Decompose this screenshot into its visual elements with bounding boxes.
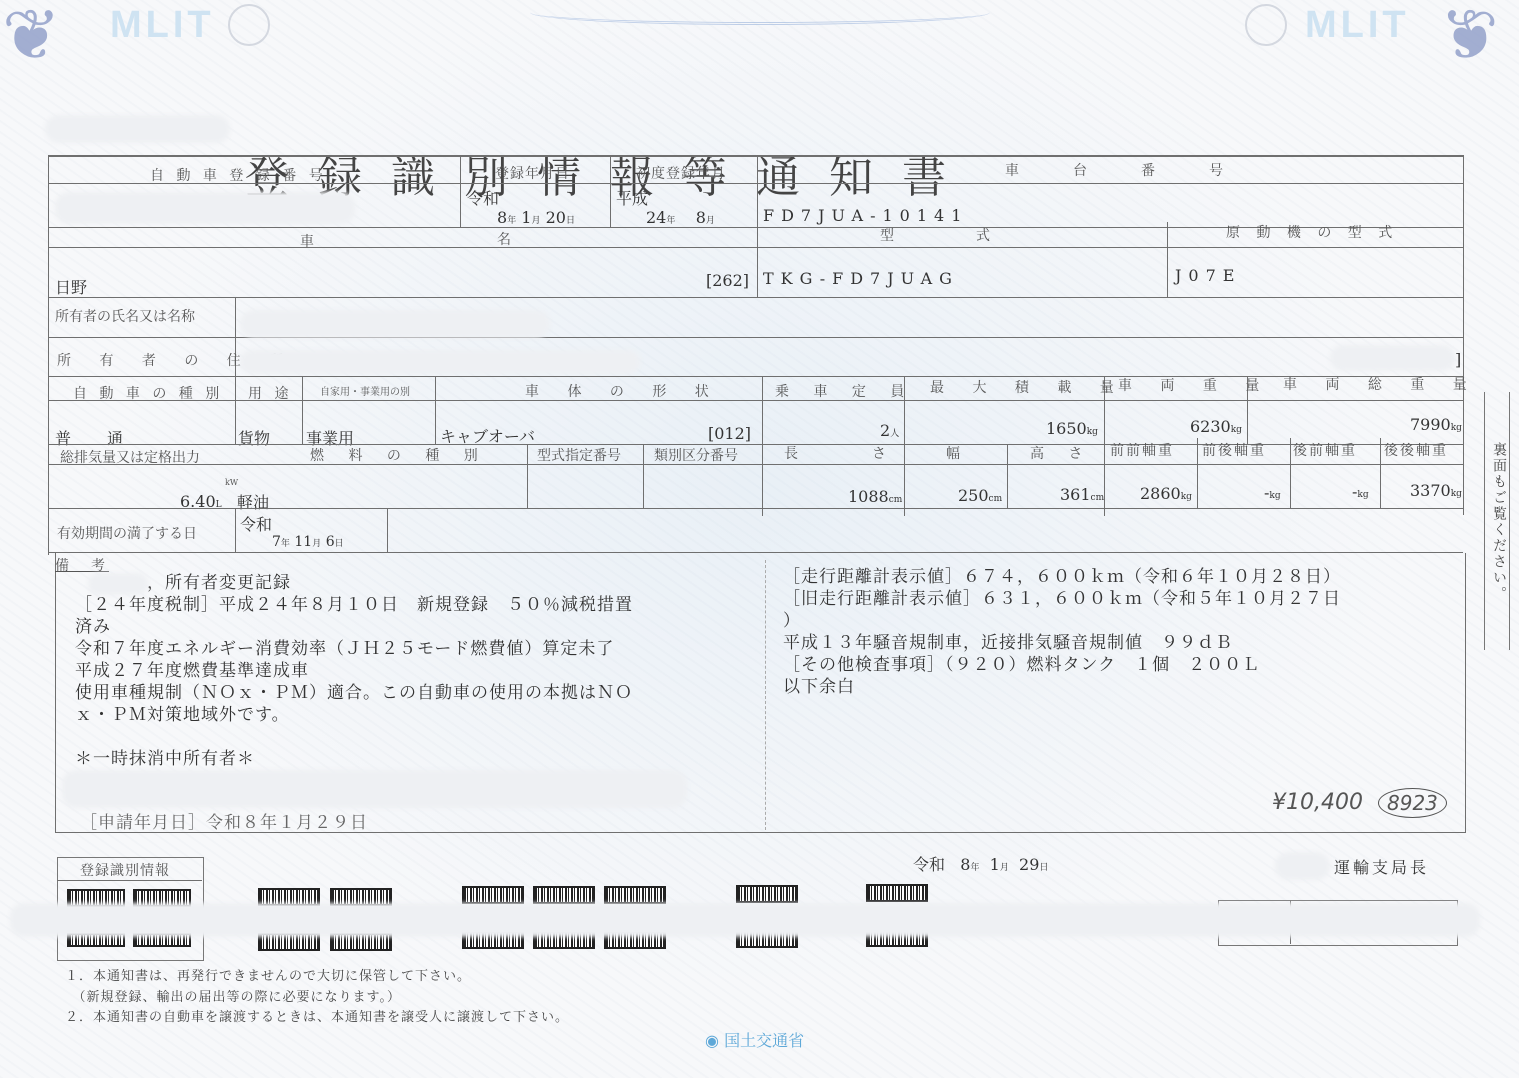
code-block [736, 885, 798, 903]
month: 8 [696, 208, 706, 227]
divider [1007, 444, 1008, 508]
code-block [462, 886, 524, 904]
day: 20 [546, 208, 566, 227]
engine-model-label: 原 動 機 の 型 式 [1226, 222, 1398, 242]
address-bracket: ] [1455, 350, 1461, 369]
redacted-owner-address [240, 350, 640, 374]
divider [1104, 376, 1105, 516]
divider [48, 552, 1463, 553]
redacted-remark-date [88, 573, 148, 595]
day: 29 [1019, 855, 1039, 874]
kg-unit: kg [1087, 427, 1098, 437]
divider [48, 247, 1463, 248]
divider [527, 444, 528, 508]
year: 8 [497, 208, 507, 227]
divider [762, 376, 763, 516]
vehicle-model: TKG-FD7JUAG [763, 269, 959, 288]
divider [1197, 438, 1198, 508]
day-unit: 日 [566, 216, 575, 226]
remarks-left-text: ，所有者変更記録 ［２４年度税制］平成２４年８月１０日 新規登録 ５０％減税措置… [75, 572, 633, 770]
height-label: 高 さ [1030, 443, 1092, 463]
divider [48, 297, 1463, 298]
month: 1 [990, 855, 1000, 874]
day-unit: 日 [1039, 863, 1048, 873]
year-unit: 年 [281, 539, 290, 549]
fuel-label: 燃 料 の 種 別 [310, 445, 488, 465]
ministry-logo: ◉ 国土交通省 [705, 1028, 804, 1051]
emblem-right-icon [1245, 4, 1287, 46]
month-unit: 月 [312, 539, 321, 549]
rr-axle-label: 後後軸重 [1384, 440, 1448, 460]
expiry-date: 7年 11月 6日 [272, 534, 344, 550]
cm-unit: cm [989, 494, 1003, 504]
month: 1 [521, 208, 531, 227]
fr-axle: -kg [1264, 483, 1281, 502]
month-unit: 月 [706, 216, 715, 226]
ff-axle-label: 前前軸重 [1110, 440, 1174, 460]
fr-axle-label: 前後軸重 [1202, 440, 1266, 460]
vehicle-name-label-left: 車 [300, 231, 318, 251]
corner-ornament-left-icon: ❦ [2, 0, 61, 70]
registration-number-label: 自 動 車 登 録 番 号 [150, 165, 327, 185]
rf-axle: -kg [1352, 482, 1369, 501]
divider [235, 376, 236, 444]
divider [435, 376, 436, 444]
registration-date-label: 登録年月日 [495, 163, 570, 183]
divider [235, 508, 236, 552]
engine-model: J07E [1175, 266, 1241, 285]
max-load-value: 1650 [1046, 419, 1087, 438]
divider [643, 444, 644, 508]
body-shape-label: 車 体 の 形 状 [525, 381, 721, 401]
body-code: [012] [708, 424, 751, 443]
cm-unit: cm [889, 495, 903, 505]
divider [387, 508, 388, 552]
chassis-number: FD7JUA-10141 [763, 206, 968, 225]
frame-left [48, 155, 49, 555]
gross-weight-value: 7990 [1410, 415, 1451, 434]
issue-date: 令和 8年 1月 29日 [913, 852, 1048, 875]
month: 11 [294, 534, 312, 550]
ministry-name: 国土交通省 [724, 1031, 804, 1050]
kg-unit: kg [1181, 492, 1192, 502]
divider [48, 464, 1463, 465]
year-unit: 年 [666, 216, 675, 226]
kg-unit: kg [1451, 423, 1462, 433]
first-registration-label: 初度登録年月 [636, 163, 726, 183]
kg-unit: kg [1269, 491, 1280, 501]
see-reverse-note: 裏面もご覧ください。 [1484, 392, 1510, 650]
remarks-divider [765, 560, 766, 830]
kg-unit: kg [1451, 489, 1462, 499]
remarks-frame-right [1465, 553, 1466, 833]
capacity-unit: 人 [890, 429, 899, 439]
year-unit: 年 [970, 863, 979, 873]
rf-axle-label: 後前軸重 [1293, 440, 1357, 460]
day: 6 [326, 534, 335, 550]
owner-name-label: 所有者の氏名又は名称 [55, 306, 195, 326]
rr-axle-value: 3370 [1410, 481, 1451, 500]
kg-unit: kg [1231, 425, 1242, 435]
year: 8 [960, 855, 970, 874]
model-label: 型 式 [880, 225, 1000, 245]
first-registration-date: 24年 8月 [646, 208, 715, 227]
maker-code: [262] [706, 271, 749, 290]
divider [1290, 438, 1291, 508]
divider [460, 157, 461, 227]
divider [610, 157, 611, 227]
frame-top [48, 155, 1463, 157]
divider [57, 880, 202, 881]
vehicle-maker: 日野 [55, 275, 87, 298]
divider [1167, 222, 1168, 297]
expiry-label: 有効期間の満了する日 [57, 523, 197, 543]
watermark-left: MLIT [110, 4, 215, 47]
era: 令和 [913, 855, 945, 874]
registration-info-label: 登録識別情報 [80, 860, 170, 880]
redacted-owner-name [240, 310, 550, 338]
max-load: 1650kg [1046, 419, 1098, 438]
ff-axle-value: 2860 [1140, 484, 1181, 503]
gross-weight-label: 車 両 総 重 量 [1283, 374, 1479, 394]
ministry-emblem-icon: ◉ [705, 1031, 719, 1050]
footer-note-1: １．本通知書は、再発行できませんので大切に保管して下さい。 [65, 965, 471, 984]
kg-unit: kg [1357, 490, 1368, 500]
divider [48, 508, 1463, 509]
length: 1088cm [848, 487, 902, 506]
corner-ornament-right-icon: ❦ [1440, 0, 1499, 70]
divider [302, 376, 303, 444]
length-label: 長 さ [784, 443, 894, 463]
vehicle-type: 普 通 [55, 426, 133, 449]
vehicle-use: 貨物 [238, 426, 270, 449]
capacity: 2人 [880, 421, 899, 440]
redacted-band [10, 903, 1480, 937]
application-date: ［申請年月日］令和８年１月２９日 [80, 812, 368, 834]
month-unit: 月 [531, 216, 540, 226]
displacement-unit-kw: kW [225, 478, 238, 487]
emblem-left-icon [228, 4, 270, 46]
redacted-temp-owner [62, 770, 687, 808]
max-load-label: 最 大 積 載 量 [930, 377, 1126, 397]
type-designation-label: 型式指定番号 [537, 445, 621, 465]
frame-right [1463, 155, 1464, 515]
code-block [866, 884, 928, 902]
year: 7 [272, 534, 281, 550]
code-block [533, 886, 595, 904]
redacted-area [45, 115, 230, 143]
registration-date-era: 令和 [467, 186, 499, 209]
notification-document: ❦ ❦ MLIT MLIT 登録識別情報等通知書 自 動 車 登 録 番 号 登… [0, 0, 1519, 1078]
handwritten-fee: ¥10,400 [1272, 790, 1363, 815]
private-business-label: 自家用・事業用の別 [320, 383, 410, 398]
redacted-address-tail [1330, 345, 1455, 371]
footer-note-2: ２．本通知書の自動車を譲渡するときは、本通知書を譲受人に譲渡して下さい。 [65, 1006, 569, 1025]
footer-note-1-sub: （新規登録、輸出の届出等の際に必要になります。） [65, 986, 401, 1005]
remarks-frame-left [55, 553, 56, 833]
code-block [604, 886, 666, 904]
height-value: 361 [1060, 485, 1091, 504]
redacted-registration-number [55, 192, 355, 224]
vehicle-type-label: 自 動 車 の 種 別 [73, 383, 223, 403]
chassis-number-label: 車 台 番 号 [1005, 160, 1243, 180]
cm-unit: cm [1091, 493, 1105, 503]
capacity-label: 乗 車 定 員 [775, 381, 914, 401]
vehicle-weight-label: 車 両 重 量 [1118, 375, 1271, 395]
vehicle-name-label-right: 名 [497, 229, 515, 249]
length-value: 1088 [848, 487, 889, 506]
ff-axle: 2860kg [1140, 484, 1192, 503]
top-crest-ornament [530, 0, 990, 25]
expiry-era: 令和 [240, 512, 272, 535]
gross-weight: 7990kg [1410, 415, 1462, 434]
issuer: 運輸支局長 [1334, 855, 1429, 878]
remarks-right-text: ［走行距離計表示値］６７４，６００ｋｍ（令和６年１０月２８日） ［旧走行距離計表… [783, 566, 1341, 698]
fuel-type: 軽油 [237, 490, 269, 513]
displacement-label: 総排気量又は定格出力 [60, 447, 200, 467]
capacity-value: 2 [880, 421, 890, 440]
width: 250cm [958, 486, 1002, 505]
width-value: 250 [958, 486, 989, 505]
watermark-right: MLIT [1305, 4, 1410, 47]
divider [1380, 438, 1381, 508]
month-unit: 月 [1000, 863, 1009, 873]
redacted-office [1275, 852, 1330, 880]
year-unit: 年 [507, 216, 516, 226]
width-label: 幅 [946, 443, 964, 463]
rr-axle: 3370kg [1410, 481, 1462, 500]
vehicle-weight: 6230kg [1190, 417, 1242, 436]
use-label: 用 途 [248, 383, 292, 403]
first-registration-era: 平成 [616, 186, 648, 209]
vehicle-weight-value: 6230 [1190, 417, 1231, 436]
registration-date: 8年 1月 20日 [497, 208, 575, 227]
category-label: 類別区分番号 [654, 445, 738, 465]
height: 361cm [1060, 485, 1104, 504]
day-unit: 日 [335, 539, 344, 549]
year: 24 [646, 208, 666, 227]
handwritten-circled-number: 8923 [1378, 788, 1447, 818]
